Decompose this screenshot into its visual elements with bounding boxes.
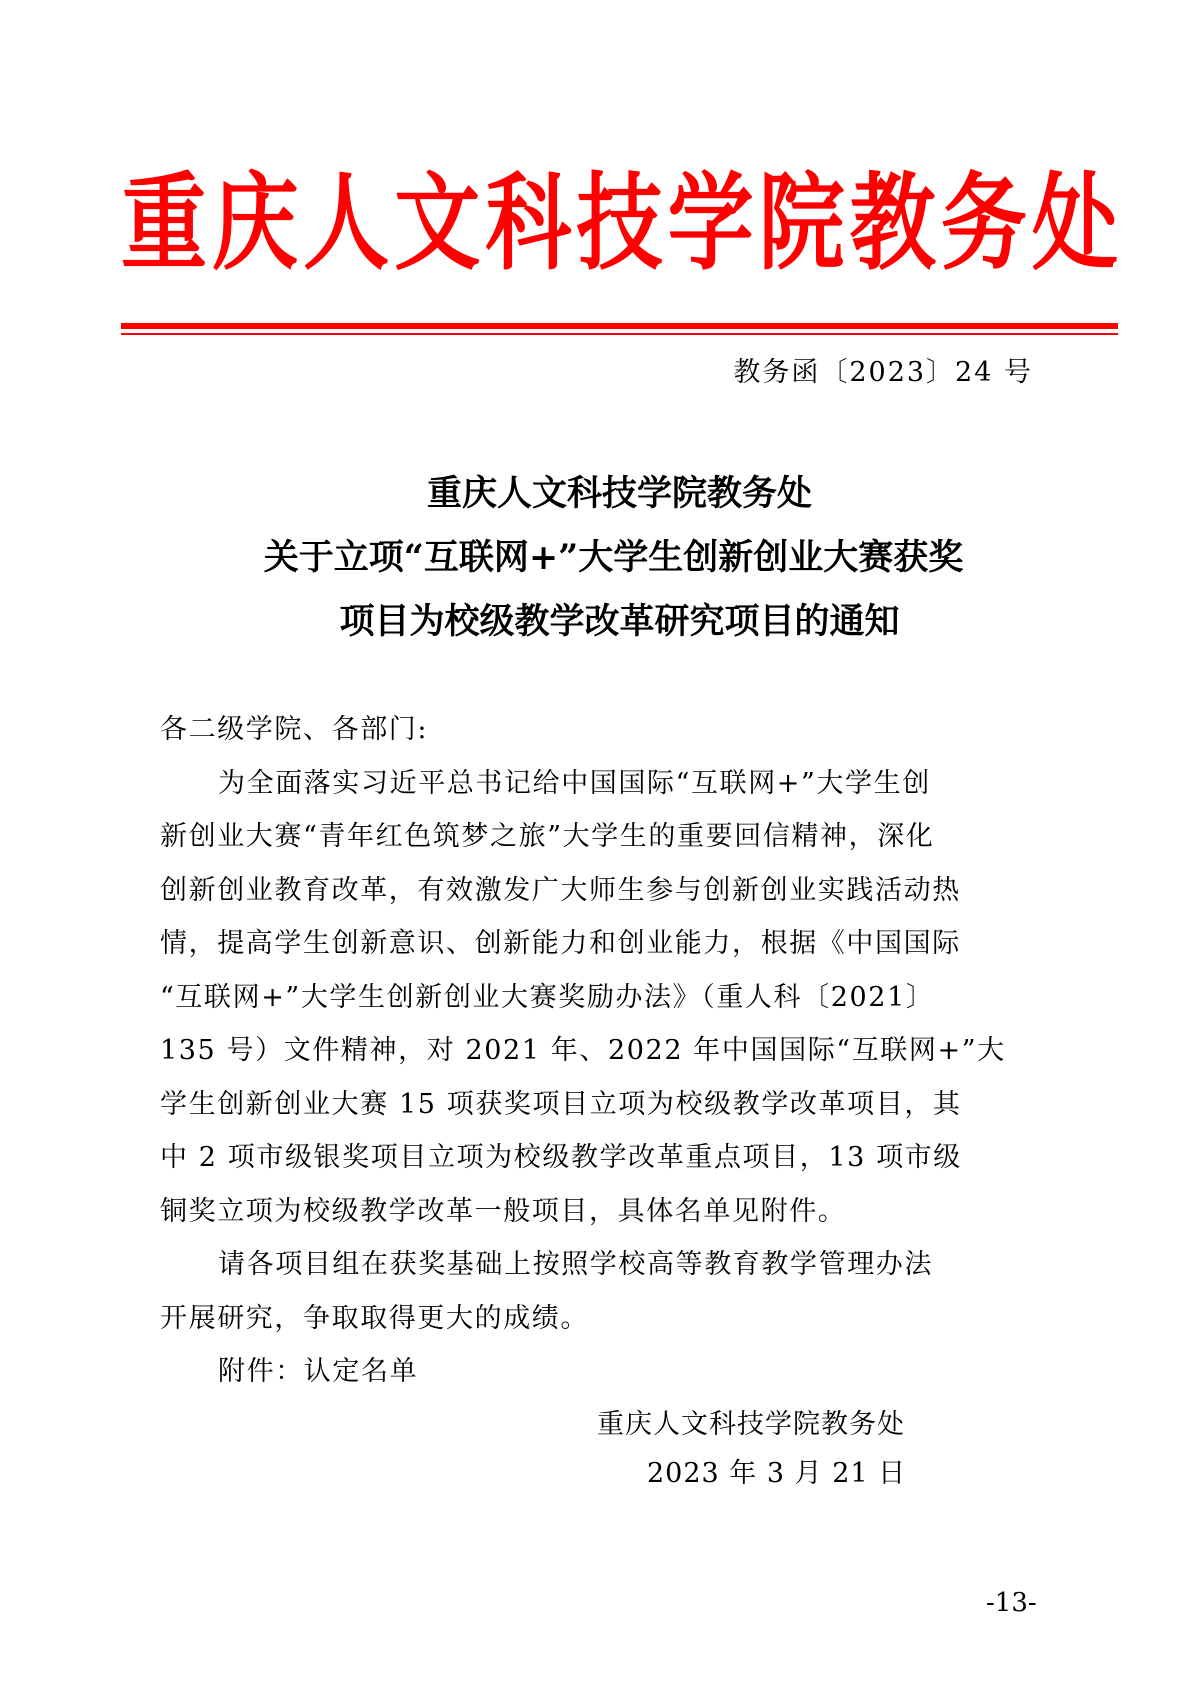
signature-block: 重庆人文科技学院教务处 2023 年 3 月 21 日 <box>597 1400 906 1498</box>
page-number: -13- <box>986 1588 1037 1618</box>
masthead-char: 重 <box>121 156 207 293</box>
red-divider-thick <box>121 323 1118 329</box>
masthead-char: 文 <box>394 156 480 293</box>
attachment-note: 附件：认定名单 <box>160 1345 1040 1399</box>
title-line: 关于立项“互联网+”大学生创新创业大赛获奖 <box>109 526 1118 590</box>
masthead-char: 院 <box>759 156 845 293</box>
paragraph-line: 135 号）文件精神，对 2021 年、2022 年中国国际“互联网+”大 <box>160 1024 1040 1078</box>
masthead-char: 务 <box>941 156 1027 293</box>
paragraph-line: 为全面落实习近平总书记给中国国际“互联网+”大学生创 <box>160 757 1040 811</box>
notice-title: 重庆人文科技学院教务处 关于立项“互联网+”大学生创新创业大赛获奖 项目为校级教… <box>121 462 1118 654</box>
paragraph-line: 创新创业教育改革，有效激发广大师生参与创新创业实践活动热 <box>160 864 1040 918</box>
title-line: 重庆人文科技学院教务处 <box>121 462 1118 526</box>
paragraph-line: 学生创新创业大赛 15 项获奖项目立项为校级教学改革项目，其 <box>160 1078 1040 1132</box>
paragraph-line: “互联网+”大学生创新创业大赛奖励办法》（重人科〔2021〕 <box>160 971 1040 1025</box>
masthead-char: 庆 <box>212 156 298 293</box>
paragraph-line: 开展研究，争取取得更大的成绩。 <box>160 1292 1040 1346</box>
red-divider-thin <box>121 333 1118 335</box>
notice-body: 各二级学院、各部门: 为全面落实习近平总书记给中国国际“互联网+”大学生创 新创… <box>160 703 1040 1399</box>
paragraph-line: 情，提高学生创新意识、创新能力和创业能力，根据《中国国际 <box>160 917 1040 971</box>
masthead-char: 处 <box>1032 156 1118 293</box>
masthead-char: 教 <box>850 156 936 293</box>
document-number: 教务函〔2023〕24 号 <box>733 353 1033 393</box>
issuer-name: 重庆人文科技学院教务处 <box>597 1400 906 1449</box>
paragraph-line: 请各项目组在获奖基础上按照学校高等教育教学管理办法 <box>160 1238 1040 1292</box>
masthead-title: 重 庆 人 文 科 技 学 院 教 务 处 <box>121 168 1118 280</box>
salutation: 各二级学院、各部门: <box>160 703 1040 757</box>
paragraph-line: 新创业大赛“青年红色筑梦之旅”大学生的重要回信精神，深化 <box>160 810 1040 864</box>
issue-date: 2023 年 3 月 21 日 <box>597 1449 906 1498</box>
paragraph-line: 铜奖立项为校级教学改革一般项目，具体名单见附件。 <box>160 1185 1040 1239</box>
masthead-char: 科 <box>485 156 571 293</box>
masthead-char: 人 <box>303 156 389 293</box>
masthead-char: 学 <box>668 156 754 293</box>
paragraph-line: 中 2 项市级银奖项目立项为校级教学改革重点项目，13 项市级 <box>160 1131 1040 1185</box>
title-line: 项目为校级教学改革研究项目的通知 <box>121 590 1118 654</box>
masthead-char: 技 <box>576 156 662 293</box>
